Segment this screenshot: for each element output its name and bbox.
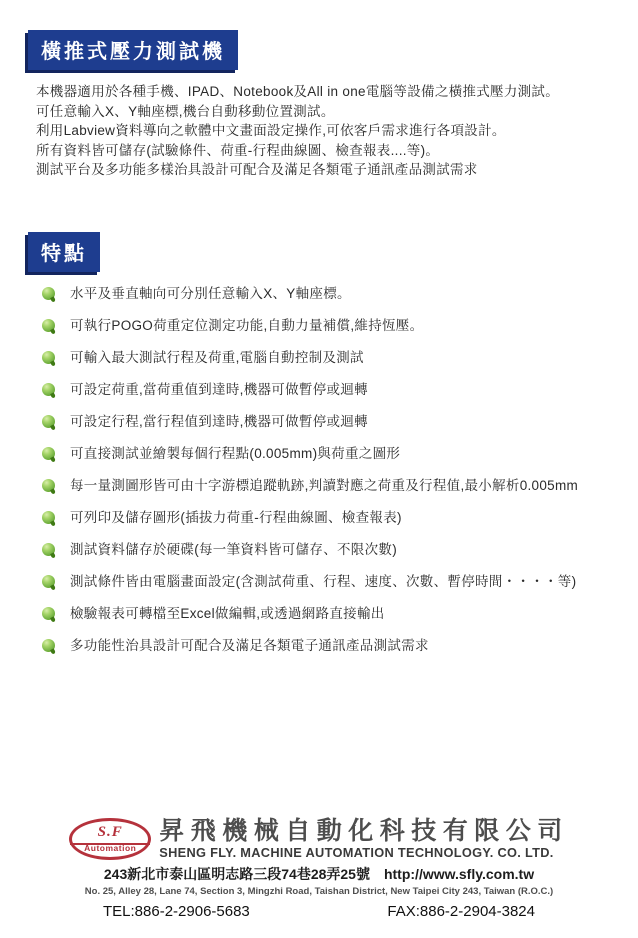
feature-item: 可設定行程,當行程值到達時,機器可做暫停或迴轉 bbox=[42, 412, 612, 431]
feature-text: 檢驗報表可轉檔至Excel做編輯,或透過網路直接輸出 bbox=[70, 604, 385, 623]
features-list: 水平及垂直軸向可分別任意輸入X、Y軸座標。 可執行POGO荷重定位測定功能,自動… bbox=[42, 284, 612, 668]
features-section-title: 特點 bbox=[28, 232, 100, 272]
phone-fax-row: TEL:886-2-2906-5683 FAX:886-2-2904-3824 bbox=[103, 903, 535, 920]
feature-text: 可列印及儲存圖形(插拔力荷重-行程曲線圖、檢查報表) bbox=[70, 508, 402, 527]
feature-item: 檢驗報表可轉檔至Excel做編輯,或透過網路直接輸出 bbox=[42, 604, 612, 623]
fax-number: FAX:886-2-2904-3824 bbox=[387, 903, 535, 920]
green-ball-bullet-icon bbox=[42, 607, 55, 620]
feature-text: 多功能性治具設計可配合及滿足各類電子通訊產品測試需求 bbox=[70, 636, 429, 655]
green-ball-bullet-icon bbox=[42, 287, 55, 300]
feature-text: 水平及垂直軸向可分別任意輸入X、Y軸座標。 bbox=[70, 284, 351, 303]
green-ball-bullet-icon bbox=[42, 415, 55, 428]
green-ball-bullet-icon bbox=[42, 511, 55, 524]
company-name-zh: 昇飛機械自動化科技有限公司 bbox=[159, 818, 569, 845]
address-line-en: No. 25, Alley 28, Lane 74, Section 3, Mi… bbox=[0, 886, 638, 897]
sf-automation-logo-icon: S.F Automation bbox=[69, 818, 151, 860]
company-footer: S.F Automation 昇飛機械自動化科技有限公司 SHENG FLY. … bbox=[0, 818, 638, 920]
feature-text: 可設定行程,當行程值到達時,機器可做暫停或迴轉 bbox=[70, 412, 368, 431]
feature-item: 測試資料儲存於硬碟(每一筆資料皆可儲存、不限次數) bbox=[42, 540, 612, 559]
intro-line: 利用Labview資料導向之軟體中文畫面設定操作,可依客戶需求進行各項設計。 bbox=[36, 121, 611, 141]
footer-identity-row: S.F Automation 昇飛機械自動化科技有限公司 SHENG FLY. … bbox=[0, 818, 638, 860]
tel-number: TEL:886-2-2906-5683 bbox=[103, 903, 250, 920]
feature-text: 測試條件皆由電腦畫面設定(含測試荷重、行程、速度、次數、暫停時間・・・・等) bbox=[70, 572, 576, 591]
feature-text: 每一量測圖形皆可由十字游標追蹤軌跡,判讀對應之荷重及行程值,最小解析0.005m… bbox=[70, 476, 578, 495]
company-name-en: SHENG FLY. MACHINE AUTOMATION TECHNOLOGY… bbox=[159, 845, 569, 860]
feature-item: 可設定荷重,當荷重值到達時,機器可做暫停或迴轉 bbox=[42, 380, 612, 399]
feature-text: 測試資料儲存於硬碟(每一筆資料皆可儲存、不限次數) bbox=[70, 540, 397, 559]
feature-text: 可輸入最大測試行程及荷重,電腦自動控制及測試 bbox=[70, 348, 364, 367]
intro-line: 測試平台及多功能多樣治具設計可配合及滿足各類電子通訊產品測試需求 bbox=[36, 160, 611, 180]
feature-text: 可設定荷重,當荷重值到達時,機器可做暫停或迴轉 bbox=[70, 380, 368, 399]
feature-text: 可直接測試並繪製每個行程點(0.005mm)與荷重之圖形 bbox=[70, 444, 400, 463]
feature-item: 可執行POGO荷重定位測定功能,自動力量補償,維持恆壓。 bbox=[42, 316, 612, 335]
feature-item: 可直接測試並繪製每個行程點(0.005mm)與荷重之圖形 bbox=[42, 444, 612, 463]
logo-sf-text: S.F bbox=[72, 825, 148, 840]
feature-item: 水平及垂直軸向可分別任意輸入X、Y軸座標。 bbox=[42, 284, 612, 303]
address-line-zh: 243新北市泰山區明志路三段74巷28弄25號http://www.sfly.c… bbox=[0, 864, 638, 884]
intro-line: 可任意輸入X、Y軸座標,機台自動移動位置測試。 bbox=[36, 102, 611, 122]
company-names: 昇飛機械自動化科技有限公司 SHENG FLY. MACHINE AUTOMAT… bbox=[159, 818, 569, 860]
brochure-page: 橫推式壓力測試機 本機器適用於各種手機、IPAD、Notebook及All in… bbox=[0, 0, 638, 938]
feature-item: 每一量測圖形皆可由十字游標追蹤軌跡,判讀對應之荷重及行程值,最小解析0.005m… bbox=[42, 476, 612, 495]
green-ball-bullet-icon bbox=[42, 543, 55, 556]
logo-divider bbox=[70, 843, 150, 845]
intro-paragraph: 本機器適用於各種手機、IPAD、Notebook及All in one電腦等設備… bbox=[36, 82, 611, 180]
page-title: 橫推式壓力測試機 bbox=[28, 30, 238, 70]
green-ball-bullet-icon bbox=[42, 319, 55, 332]
feature-text: 可執行POGO荷重定位測定功能,自動力量補償,維持恆壓。 bbox=[70, 316, 423, 335]
address-zh-text: 243新北市泰山區明志路三段74巷28弄25號 bbox=[104, 866, 370, 882]
website-url: http://www.sfly.com.tw bbox=[384, 866, 534, 882]
feature-item: 多功能性治具設計可配合及滿足各類電子通訊產品測試需求 bbox=[42, 636, 612, 655]
intro-line: 所有資料皆可儲存(試驗條件、荷重-行程曲線圖、檢查報表....等)。 bbox=[36, 141, 611, 161]
feature-item: 測試條件皆由電腦畫面設定(含測試荷重、行程、速度、次數、暫停時間・・・・等) bbox=[42, 572, 612, 591]
green-ball-bullet-icon bbox=[42, 639, 55, 652]
green-ball-bullet-icon bbox=[42, 447, 55, 460]
feature-item: 可輸入最大測試行程及荷重,電腦自動控制及測試 bbox=[42, 348, 612, 367]
feature-item: 可列印及儲存圖形(插拔力荷重-行程曲線圖、檢查報表) bbox=[42, 508, 612, 527]
green-ball-bullet-icon bbox=[42, 479, 55, 492]
intro-line: 本機器適用於各種手機、IPAD、Notebook及All in one電腦等設備… bbox=[36, 82, 611, 102]
green-ball-bullet-icon bbox=[42, 351, 55, 364]
green-ball-bullet-icon bbox=[42, 575, 55, 588]
green-ball-bullet-icon bbox=[42, 383, 55, 396]
